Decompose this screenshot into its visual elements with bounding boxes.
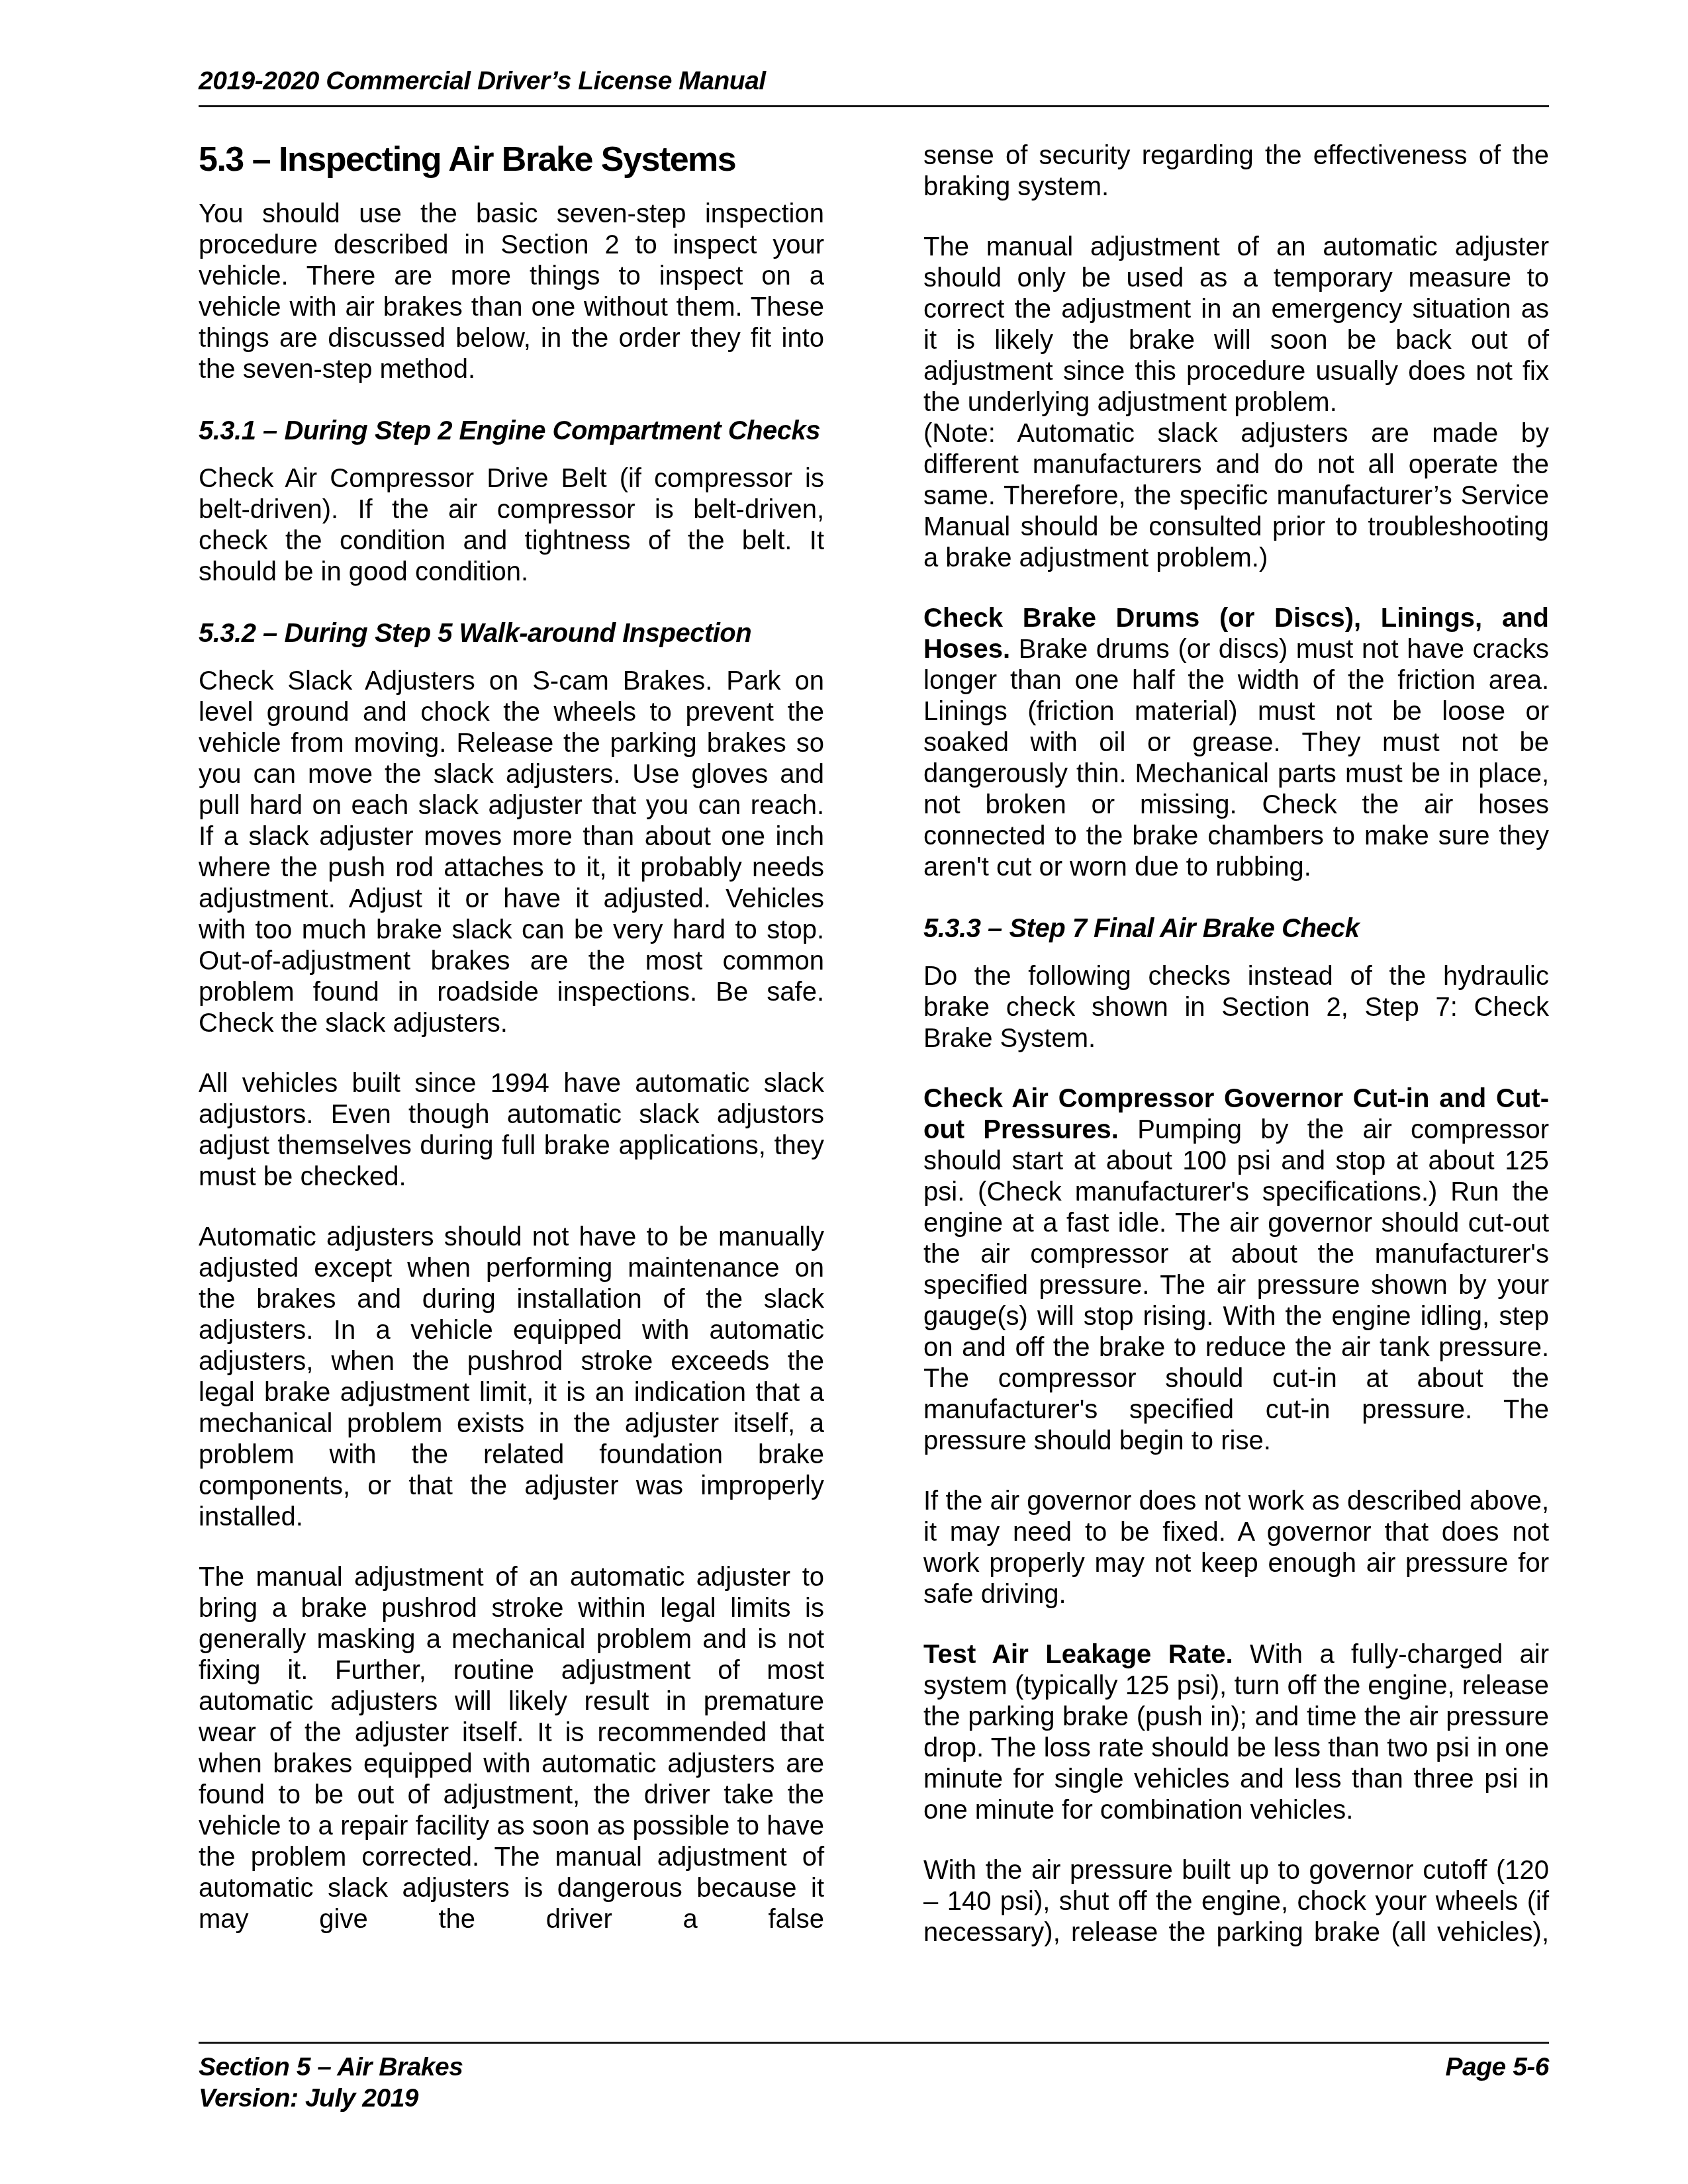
right-column: sense of security regarding the effectiv… [923,140,1549,1948]
subsection-heading-532: 5.3.2 – During Step 5 Walk-around Inspec… [199,617,824,650]
paragraph-do-checks: Do the following checks instead of the h… [923,961,1549,1054]
paragraph-air-leakage: Test Air Leakage Rate. With a fully-char… [923,1639,1549,1826]
paragraph-brake-drums-rest: Brake drums (or discs) must not have cra… [923,635,1549,882]
paragraph-manual-adjustment: The manual adjustment of an automatic ad… [199,1562,824,1935]
paragraph-governor-cutoff: With the air pressure built up to govern… [923,1855,1549,1948]
document-page: 2019-2020 Commercial Driver’s License Ma… [0,0,1688,2184]
footer-section-label: Section 5 – Air Brakes [199,2052,463,2083]
subsection-heading-533: 5.3.3 – Step 7 Final Air Brake Check [923,912,1549,945]
paragraph-intro: You should use the basic seven-step insp… [199,199,824,385]
page-header: 2019-2020 Commercial Driver’s License Ma… [0,0,1688,107]
paragraph-governor-pressures: Check Air Compressor Governor Cut-in and… [923,1083,1549,1457]
footer-left: Section 5 – Air Brakes Version: July 201… [199,2052,463,2114]
paragraph-since-1994: All vehicles built since 1994 have autom… [199,1068,824,1193]
footer-version-label: Version: July 2019 [199,2083,463,2114]
paragraph-temporary-measure: The manual adjustment of an automatic ad… [923,232,1549,418]
paragraph-governor-pressures-rest: Pumping by the air compressor should sta… [923,1115,1549,1455]
subsection-heading-531: 5.3.1 – During Step 2 Engine Compartment… [199,414,824,447]
paragraph-air-leakage-lead: Test Air Leakage Rate. [923,1640,1233,1669]
footer-rule [199,2042,1549,2044]
paragraph-note: (Note: Automatic slack adjusters are mad… [923,418,1549,574]
paragraph-governor-fix: If the air governor does not work as des… [923,1486,1549,1610]
paragraph-sense-of-security: sense of security regarding the effectiv… [923,140,1549,203]
section-heading-53: 5.3 – Inspecting Air Brake Systems [199,140,824,179]
paragraph-automatic-adjusters: Automatic adjusters should not have to b… [199,1222,824,1533]
header-rule [199,105,1549,107]
two-column-body: 5.3 – Inspecting Air Brake Systems You s… [0,140,1688,1948]
footer-page-number: Page 5-6 [1446,2052,1549,2083]
header-title: 2019-2020 Commercial Driver’s License Ma… [199,66,1549,97]
left-column: 5.3 – Inspecting Air Brake Systems You s… [199,140,824,1948]
paragraph-slack-adjusters: Check Slack Adjusters on S-cam Brakes. P… [199,666,824,1039]
paragraph-brake-drums: Check Brake Drums (or Discs), Linings, a… [923,603,1549,883]
paragraph-drive-belt: Check Air Compressor Drive Belt (if comp… [199,463,824,588]
page-footer: Section 5 – Air Brakes Version: July 201… [199,2042,1549,2114]
